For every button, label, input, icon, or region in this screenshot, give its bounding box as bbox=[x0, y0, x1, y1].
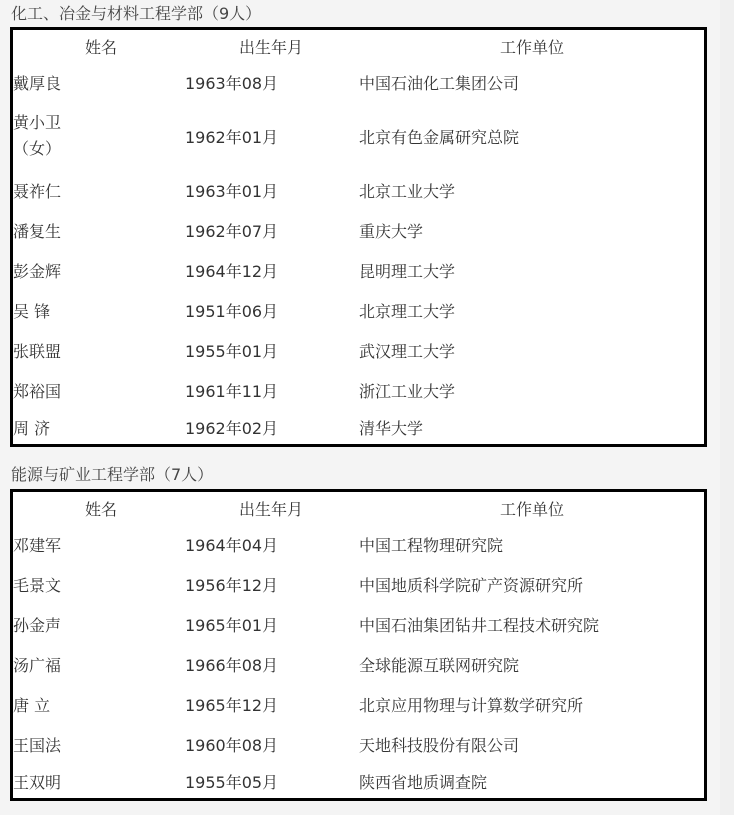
birth-cell: 1964年04月 bbox=[185, 524, 355, 564]
table-row: 彭金辉 1964年12月 昆明理工大学 bbox=[13, 250, 704, 290]
birth-cell: 1966年08月 bbox=[185, 644, 355, 684]
table-row: 张联盟 1955年01月 武汉理工大学 bbox=[13, 330, 704, 370]
name-cell: 聂祚仁 bbox=[13, 170, 183, 210]
table-row: 王双明 1955年05月 陕西省地质调查院 bbox=[13, 764, 704, 798]
name-cell: 黄小卫 （女） bbox=[13, 102, 183, 170]
birth-cell: 1965年01月 bbox=[185, 604, 355, 644]
birth-cell: 1955年05月 bbox=[185, 764, 355, 798]
name-cell: 汤广福 bbox=[13, 644, 183, 684]
unit-cell: 中国工程物理研究院 bbox=[359, 524, 699, 564]
name-cell: 邓建军 bbox=[13, 524, 183, 564]
birth-cell: 1956年12月 bbox=[185, 564, 355, 604]
birth-cell: 1962年07月 bbox=[185, 210, 355, 250]
header-unit: 工作单位 bbox=[359, 492, 705, 524]
unit-cell: 中国石油化工集团公司 bbox=[359, 62, 699, 102]
unit-cell: 中国地质科学院矿产资源研究所 bbox=[359, 564, 699, 604]
name-cell: 戴厚良 bbox=[13, 62, 183, 102]
table-row: 汤广福 1966年08月 全球能源互联网研究院 bbox=[13, 644, 704, 684]
unit-cell: 昆明理工大学 bbox=[359, 250, 699, 290]
table-row: 王国法 1960年08月 天地科技股份有限公司 bbox=[13, 724, 704, 764]
table-row: 黄小卫 （女） 1962年01月 北京有色金属研究总院 bbox=[13, 102, 704, 170]
table-row: 孙金声 1965年01月 中国石油集团钻井工程技术研究院 bbox=[13, 604, 704, 644]
header-unit: 工作单位 bbox=[359, 30, 705, 62]
birth-cell: 1963年01月 bbox=[185, 170, 355, 210]
table-row: 邓建军 1964年04月 中国工程物理研究院 bbox=[13, 524, 704, 564]
table-header-row: 姓名 出生年月 工作单位 bbox=[13, 492, 704, 524]
header-birth: 出生年月 bbox=[183, 30, 359, 62]
unit-cell: 北京有色金属研究总院 bbox=[359, 102, 699, 170]
birth-cell: 1962年02月 bbox=[185, 410, 355, 444]
table-row: 毛景文 1956年12月 中国地质科学院矿产资源研究所 bbox=[13, 564, 704, 604]
birth-cell: 1951年06月 bbox=[185, 290, 355, 330]
table-energy-mining: 姓名 出生年月 工作单位 邓建军 1964年04月 中国工程物理研究院 毛景文 … bbox=[10, 489, 707, 801]
unit-cell: 北京工业大学 bbox=[359, 170, 699, 210]
header-birth: 出生年月 bbox=[183, 492, 359, 524]
name-cell: 唐 立 bbox=[13, 684, 183, 724]
page-margin bbox=[720, 0, 734, 815]
birth-cell: 1962年01月 bbox=[185, 102, 355, 170]
name-cell: 郑裕国 bbox=[13, 370, 183, 410]
table-row: 吴 锋 1951年06月 北京理工大学 bbox=[13, 290, 704, 330]
birth-cell: 1963年08月 bbox=[185, 62, 355, 102]
birth-cell: 1961年11月 bbox=[185, 370, 355, 410]
table-chemical-metallurgy: 姓名 出生年月 工作单位 戴厚良 1963年08月 中国石油化工集团公司 黄小卫… bbox=[10, 27, 707, 447]
unit-cell: 浙江工业大学 bbox=[359, 370, 699, 410]
name-cell: 王国法 bbox=[13, 724, 183, 764]
unit-cell: 重庆大学 bbox=[359, 210, 699, 250]
name-cell: 彭金辉 bbox=[13, 250, 183, 290]
birth-cell: 1965年12月 bbox=[185, 684, 355, 724]
section-title-energy-mining: 能源与矿业工程学部（7人） bbox=[11, 464, 213, 486]
birth-cell: 1955年01月 bbox=[185, 330, 355, 370]
unit-cell: 北京理工大学 bbox=[359, 290, 699, 330]
table-row: 周 济 1962年02月 清华大学 bbox=[13, 410, 704, 444]
table-row: 戴厚良 1963年08月 中国石油化工集团公司 bbox=[13, 62, 704, 102]
name-cell: 周 济 bbox=[13, 410, 183, 444]
section-title-chemical-metallurgy: 化工、冶金与材料工程学部（9人） bbox=[11, 3, 261, 25]
table-row: 潘复生 1962年07月 重庆大学 bbox=[13, 210, 704, 250]
unit-cell: 陕西省地质调查院 bbox=[359, 764, 699, 798]
table-row: 唐 立 1965年12月 北京应用物理与计算数学研究所 bbox=[13, 684, 704, 724]
name-cell: 潘复生 bbox=[13, 210, 183, 250]
table-row: 郑裕国 1961年11月 浙江工业大学 bbox=[13, 370, 704, 410]
birth-cell: 1964年12月 bbox=[185, 250, 355, 290]
header-name: 姓名 bbox=[13, 492, 189, 524]
unit-cell: 全球能源互联网研究院 bbox=[359, 644, 699, 684]
unit-cell: 北京应用物理与计算数学研究所 bbox=[359, 684, 699, 724]
header-name: 姓名 bbox=[13, 30, 189, 62]
table-row: 聂祚仁 1963年01月 北京工业大学 bbox=[13, 170, 704, 210]
unit-cell: 天地科技股份有限公司 bbox=[359, 724, 699, 764]
name-cell: 王双明 bbox=[13, 764, 183, 798]
name-cell: 孙金声 bbox=[13, 604, 183, 644]
unit-cell: 中国石油集团钻井工程技术研究院 bbox=[359, 604, 699, 644]
name-cell: 毛景文 bbox=[13, 564, 183, 604]
name-cell: 吴 锋 bbox=[13, 290, 183, 330]
table-header-row: 姓名 出生年月 工作单位 bbox=[13, 30, 704, 62]
birth-cell: 1960年08月 bbox=[185, 724, 355, 764]
name-cell: 张联盟 bbox=[13, 330, 183, 370]
unit-cell: 武汉理工大学 bbox=[359, 330, 699, 370]
unit-cell: 清华大学 bbox=[359, 410, 699, 444]
